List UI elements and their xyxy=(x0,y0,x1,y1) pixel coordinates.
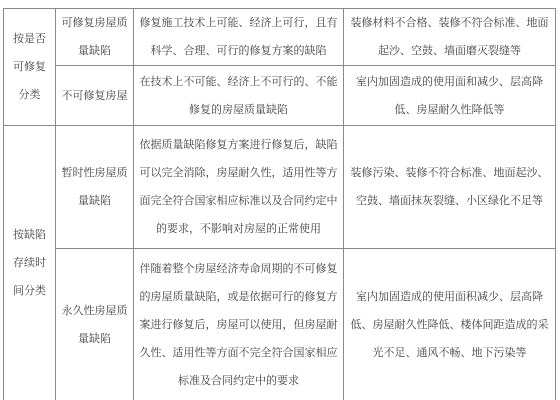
type-cell: 暂时性房屋质量缺陷 xyxy=(56,126,134,249)
examples-cell: 室内加固造成的使用面积减少、层高降低、房屋耐久性降低、楼体间距造成的采光不足、通… xyxy=(344,249,556,400)
table-row: 按缺陷存续时间分类 暂时性房屋质量缺陷 依据质量缺陷修复方案进行修复后，缺陷可以… xyxy=(4,126,556,249)
category-cell-repairability: 按是否可修复分类 xyxy=(4,9,56,126)
type-cell: 可修复房屋质量缺陷 xyxy=(56,9,134,66)
document-page: 按是否可修复分类 可修复房屋质量缺陷 修复施工技术上可能、经济上可行，且有科学、… xyxy=(0,8,560,400)
examples-cell: 装修材料不合格、装修不符合标准、地面起沙、空鼓、墙面磨灭裂缝等 xyxy=(344,9,556,66)
examples-cell: 装修污染、装修不符合标准、地面起沙、空鼓、墙面抹灰裂缝、小区绿化不足等 xyxy=(344,126,556,249)
defect-classification-table: 按是否可修复分类 可修复房屋质量缺陷 修复施工技术上可能、经济上可行，且有科学、… xyxy=(3,8,556,400)
description-cell: 依据质量缺陷修复方案进行修复后，缺陷可以完全消除，房屋耐久性，适用性等方面完全符… xyxy=(134,126,344,249)
table-row: 不可修复房屋 在技术上不可能、经济上不可行的、不能修复的房屋质量缺陷 室内加固造… xyxy=(4,66,556,126)
description-cell: 伴随着整个房屋经济寿命周期的不可修复的房屋质量缺陷，或是依据可行的修复方案进行修… xyxy=(134,249,344,400)
type-cell: 永久性房屋质量缺陷 xyxy=(56,249,134,400)
type-cell: 不可修复房屋 xyxy=(56,66,134,126)
description-cell: 在技术上不可能、经济上不可行的、不能修复的房屋质量缺陷 xyxy=(134,66,344,126)
description-cell: 修复施工技术上可能、经济上可行，且有科学、合理、可行的修复方案的缺陷 xyxy=(134,9,344,66)
examples-cell: 室内加固造成的使用面和减少、层高降低、房屋耐久性降低等 xyxy=(344,66,556,126)
category-cell-duration: 按缺陷存续时间分类 xyxy=(4,126,56,400)
table-row: 按是否可修复分类 可修复房屋质量缺陷 修复施工技术上可能、经济上可行，且有科学、… xyxy=(4,9,556,66)
table-row: 永久性房屋质量缺陷 伴随着整个房屋经济寿命周期的不可修复的房屋质量缺陷，或是依据… xyxy=(4,249,556,400)
